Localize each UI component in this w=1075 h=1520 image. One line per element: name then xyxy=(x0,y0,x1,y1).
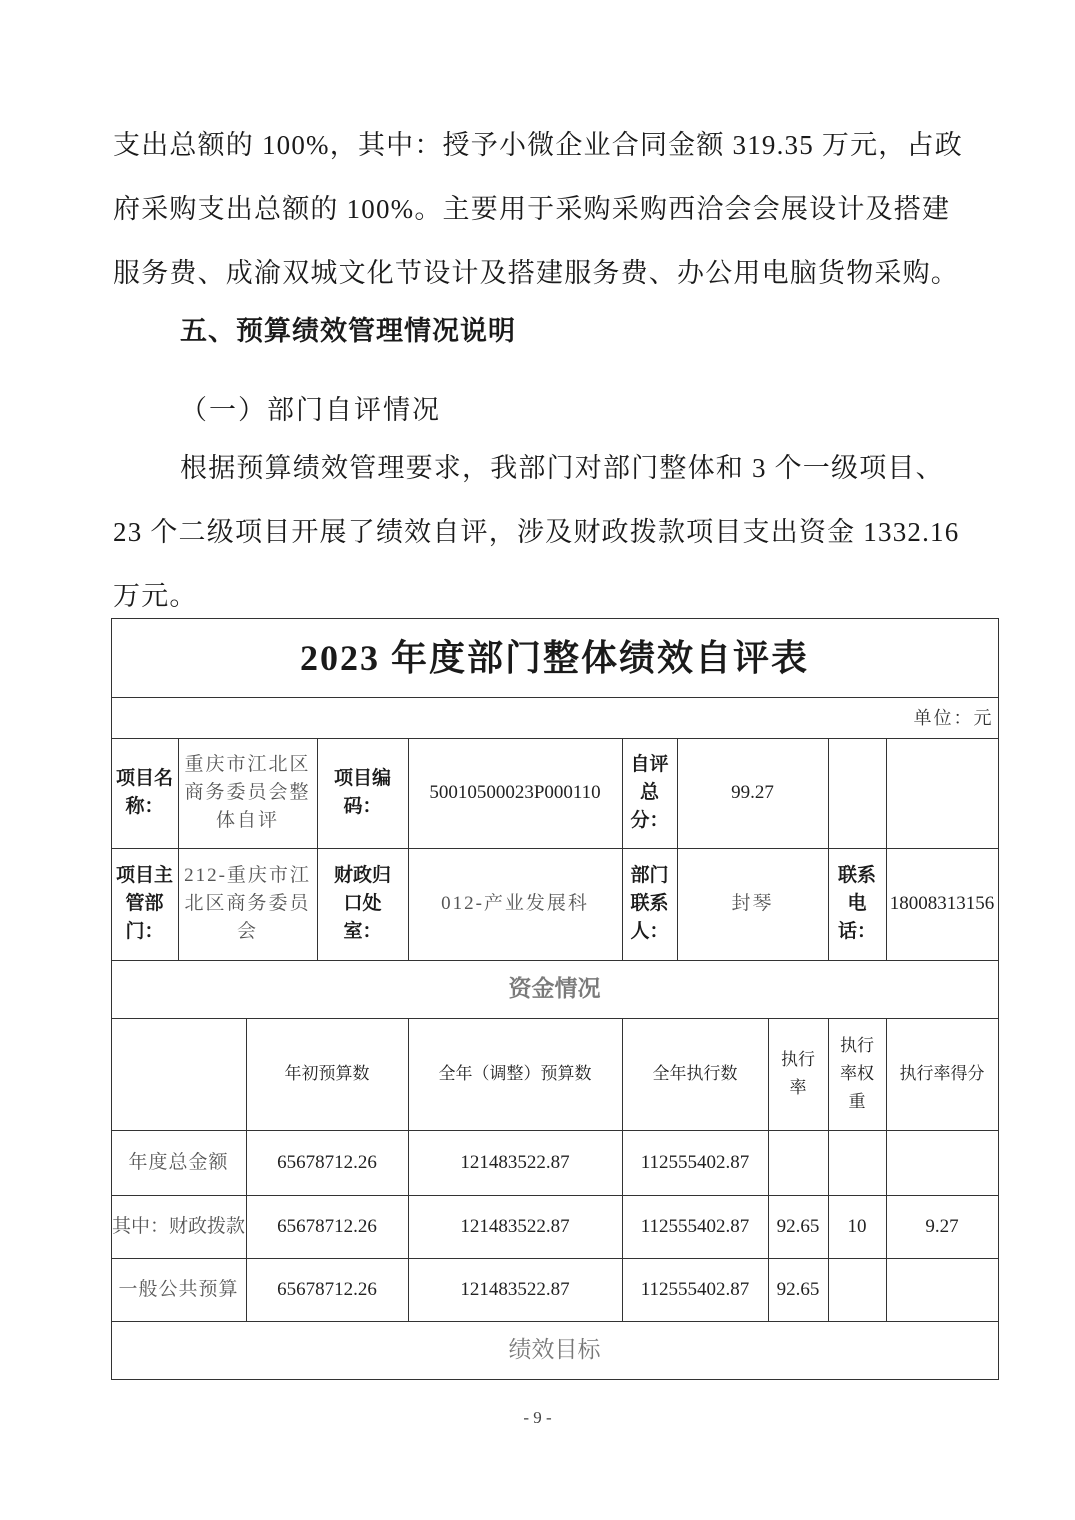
unit-label: 单位：元 xyxy=(111,697,999,739)
phone-label: 联系电话： xyxy=(828,848,887,961)
funding-cell xyxy=(768,1130,829,1196)
funding-cell: 92.65 xyxy=(768,1195,829,1259)
finance-office-value: 012-产业发展科 xyxy=(408,848,623,961)
project-code-label: 项目编码： xyxy=(317,738,409,849)
funding-cell xyxy=(886,1258,999,1322)
phone-value: 18008313156 xyxy=(886,848,999,961)
funding-header-rate-weight: 执行率权重 xyxy=(828,1018,887,1131)
funding-cell xyxy=(828,1130,887,1196)
funding-row-label: 其中：财政拨款 xyxy=(111,1195,247,1259)
contact-value: 封琴 xyxy=(677,848,829,961)
funding-row-label: 一般公共预算 xyxy=(111,1258,247,1322)
total-score-value: 99.27 xyxy=(677,738,829,849)
funding-header-execution-rate: 执行率 xyxy=(768,1018,829,1131)
project-name-label: 项目名称： xyxy=(111,738,179,849)
funding-row-label: 年度总金额 xyxy=(111,1130,247,1196)
contact-label: 部门联系人： xyxy=(622,848,678,961)
funding-cell: 112555402.87 xyxy=(622,1195,769,1259)
funding-header-adjusted-budget: 全年（调整）预算数 xyxy=(408,1018,623,1131)
page-number: - 9 - xyxy=(0,1408,1075,1428)
funding-header-executed: 全年执行数 xyxy=(622,1018,769,1131)
funding-section-title: 资金情况 xyxy=(111,960,999,1019)
total-score-label: 自评总分： xyxy=(622,738,678,849)
project-name-value: 重庆市江北区商务委员会整体自评 xyxy=(178,738,318,849)
goals-section-title: 绩效目标 xyxy=(111,1321,999,1380)
funding-cell: 121483522.87 xyxy=(408,1195,623,1259)
project-code-value: 50010500023P000110 xyxy=(408,738,623,849)
funding-cell: 112555402.87 xyxy=(622,1130,769,1196)
funding-cell xyxy=(886,1130,999,1196)
funding-cell: 121483522.87 xyxy=(408,1130,623,1196)
empty-cell xyxy=(828,738,887,849)
empty-cell xyxy=(886,738,999,849)
funding-cell: 10 xyxy=(828,1195,887,1259)
department-label: 项目主管部门： xyxy=(111,848,179,961)
funding-cell: 121483522.87 xyxy=(408,1258,623,1322)
funding-cell: 65678712.26 xyxy=(246,1130,409,1196)
funding-cell xyxy=(828,1258,887,1322)
table-title: 2023 年度部门整体绩效自评表 xyxy=(111,618,999,698)
self-evaluation-table: 2023 年度部门整体绩效自评表 单位：元 项目名称： 重庆市江北区商务委员会整… xyxy=(0,0,1075,1520)
funding-header-blank xyxy=(111,1018,247,1131)
funding-cell: 112555402.87 xyxy=(622,1258,769,1322)
funding-cell: 92.65 xyxy=(768,1258,829,1322)
department-value: 212-重庆市江北区商务委员会 xyxy=(178,848,318,961)
funding-header-initial-budget: 年初预算数 xyxy=(246,1018,409,1131)
funding-header-rate-score: 执行率得分 xyxy=(886,1018,999,1131)
finance-office-label: 财政归口处室： xyxy=(317,848,409,961)
funding-cell: 65678712.26 xyxy=(246,1195,409,1259)
funding-cell: 9.27 xyxy=(886,1195,999,1259)
funding-cell: 65678712.26 xyxy=(246,1258,409,1322)
